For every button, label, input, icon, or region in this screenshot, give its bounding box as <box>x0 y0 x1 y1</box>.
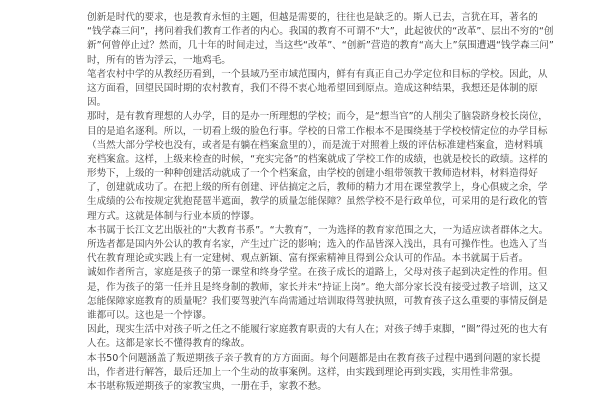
text-line: 时，所有的皆为浮云，一地鸡毛。 <box>87 54 517 68</box>
text-line: 所选者都是国内外公认的教育名家，产生过广泛的影响；选入的作品皆深入浅出，具有可操… <box>87 238 517 252</box>
text-line: 谁都可以。这也是一个悖谬。 <box>87 309 517 323</box>
document-page: 创新是时代的要求，也是教育永恒的主题，但越是需要的，往往也是缺乏的。斯人已去，言… <box>0 0 600 400</box>
text-line: 这方面看，回望民国时期的农村教育，我们不得不衷心地希望回到原点。造成这种结果，我… <box>87 82 517 96</box>
text-line: 新”何曾停止过？然而，几十年的时间走过，当这些“改革”、“创新”营造的教育“高大… <box>87 39 517 53</box>
text-line: 生成绩的公布按规定犹抱琵琶半遮面，教学的质量怎能保障？虽然学校不是行政单位，可采… <box>87 195 517 209</box>
text-line: 怎能保障家庭教育的质量呢？我们要驾驶汽车尚需通过培训取得驾驶执照，可教育孩子这么… <box>87 295 517 309</box>
text-line: 了，创建就成功了。在把上级的所有创建、评估搞定之后，教师的精力才用在课堂教学上，… <box>87 181 517 195</box>
article-body: 创新是时代的要求，也是教育永恒的主题，但越是需要的，往往也是缺乏的。斯人已去，言… <box>87 11 517 394</box>
text-line: 出，作者进行解答，最后还加上一个生动的故事案例。这样，由实践到理论再到实践，实用… <box>87 366 517 380</box>
text-line: 目的是追名逐利。所以，一切看上级的脸色行事。学校的日常工作根本不是围绕基于学校校… <box>87 125 517 139</box>
text-line: 因。 <box>87 96 517 110</box>
text-line: 形势下，上级的一种种创建活动就成了一个个档案盒，由学校的创建小组带领教干教师造材… <box>87 167 517 181</box>
text-line: 本书属于长江文艺出版社的“大教育书系”。“大教育”，一为选择的教育家范围之大，一… <box>87 224 517 238</box>
text-line: 那时，是有教育理想的人办学，目的是办一所理想的学校；而今，是“想当官”的人削尖了… <box>87 110 517 124</box>
text-line: （当然大部分学校也没有，或者是有躺在档案盒里的），而是流于对照着上级的评估标准建… <box>87 139 517 153</box>
text-line: 代在教育理论或实践上有一定建树、观点新颖、富有探索精神且得到公众认可的作品。本书… <box>87 252 517 266</box>
text-line: 笔者农村中学的从教经历看到，一个县域乃至市域范围内，鲜有有真正自己办学定位和目标… <box>87 68 517 82</box>
text-line: 本书50个问题涵盖了叛逆期孩子亲子教育的方方面面。每个问题都是由在教育孩子过程中… <box>87 352 517 366</box>
text-line: 本书堪称叛逆期孩子的家教宝典，一册在手，家教不愁。 <box>87 380 517 394</box>
text-line: 创新是时代的要求，也是教育永恒的主题，但越是需要的，往往也是缺乏的。斯人已去，言… <box>87 11 517 25</box>
text-line: 人在。这都是家长不懂得教育的缘故。 <box>87 337 517 351</box>
text-line: 因此，现实生活中对孩子听之任之不能履行家庭教育职责的大有人在；对孩子缚手束脚，“… <box>87 323 517 337</box>
text-line: 是，作为孩子的第一任并且是终身制的教师，家长并未“持证上岗”。绝大部分家长没有接… <box>87 281 517 295</box>
text-line: 理方式。这就是体制与行业本质的悖谬。 <box>87 210 517 224</box>
text-line: 充档案盒。这样，上级来检查的时候，“充实完备”的档案就成了学校工作的成绩，也就是… <box>87 153 517 167</box>
text-line: “钱学森三问”，拷问着我们教育工作者的内心。我国的教育不可谓不“大”，此起彼伏的… <box>87 25 517 39</box>
text-line: 诚如作者所言，家庭是孩子的第一课堂和终身学堂。在孩子成长的道路上，父母对孩子起到… <box>87 266 517 280</box>
